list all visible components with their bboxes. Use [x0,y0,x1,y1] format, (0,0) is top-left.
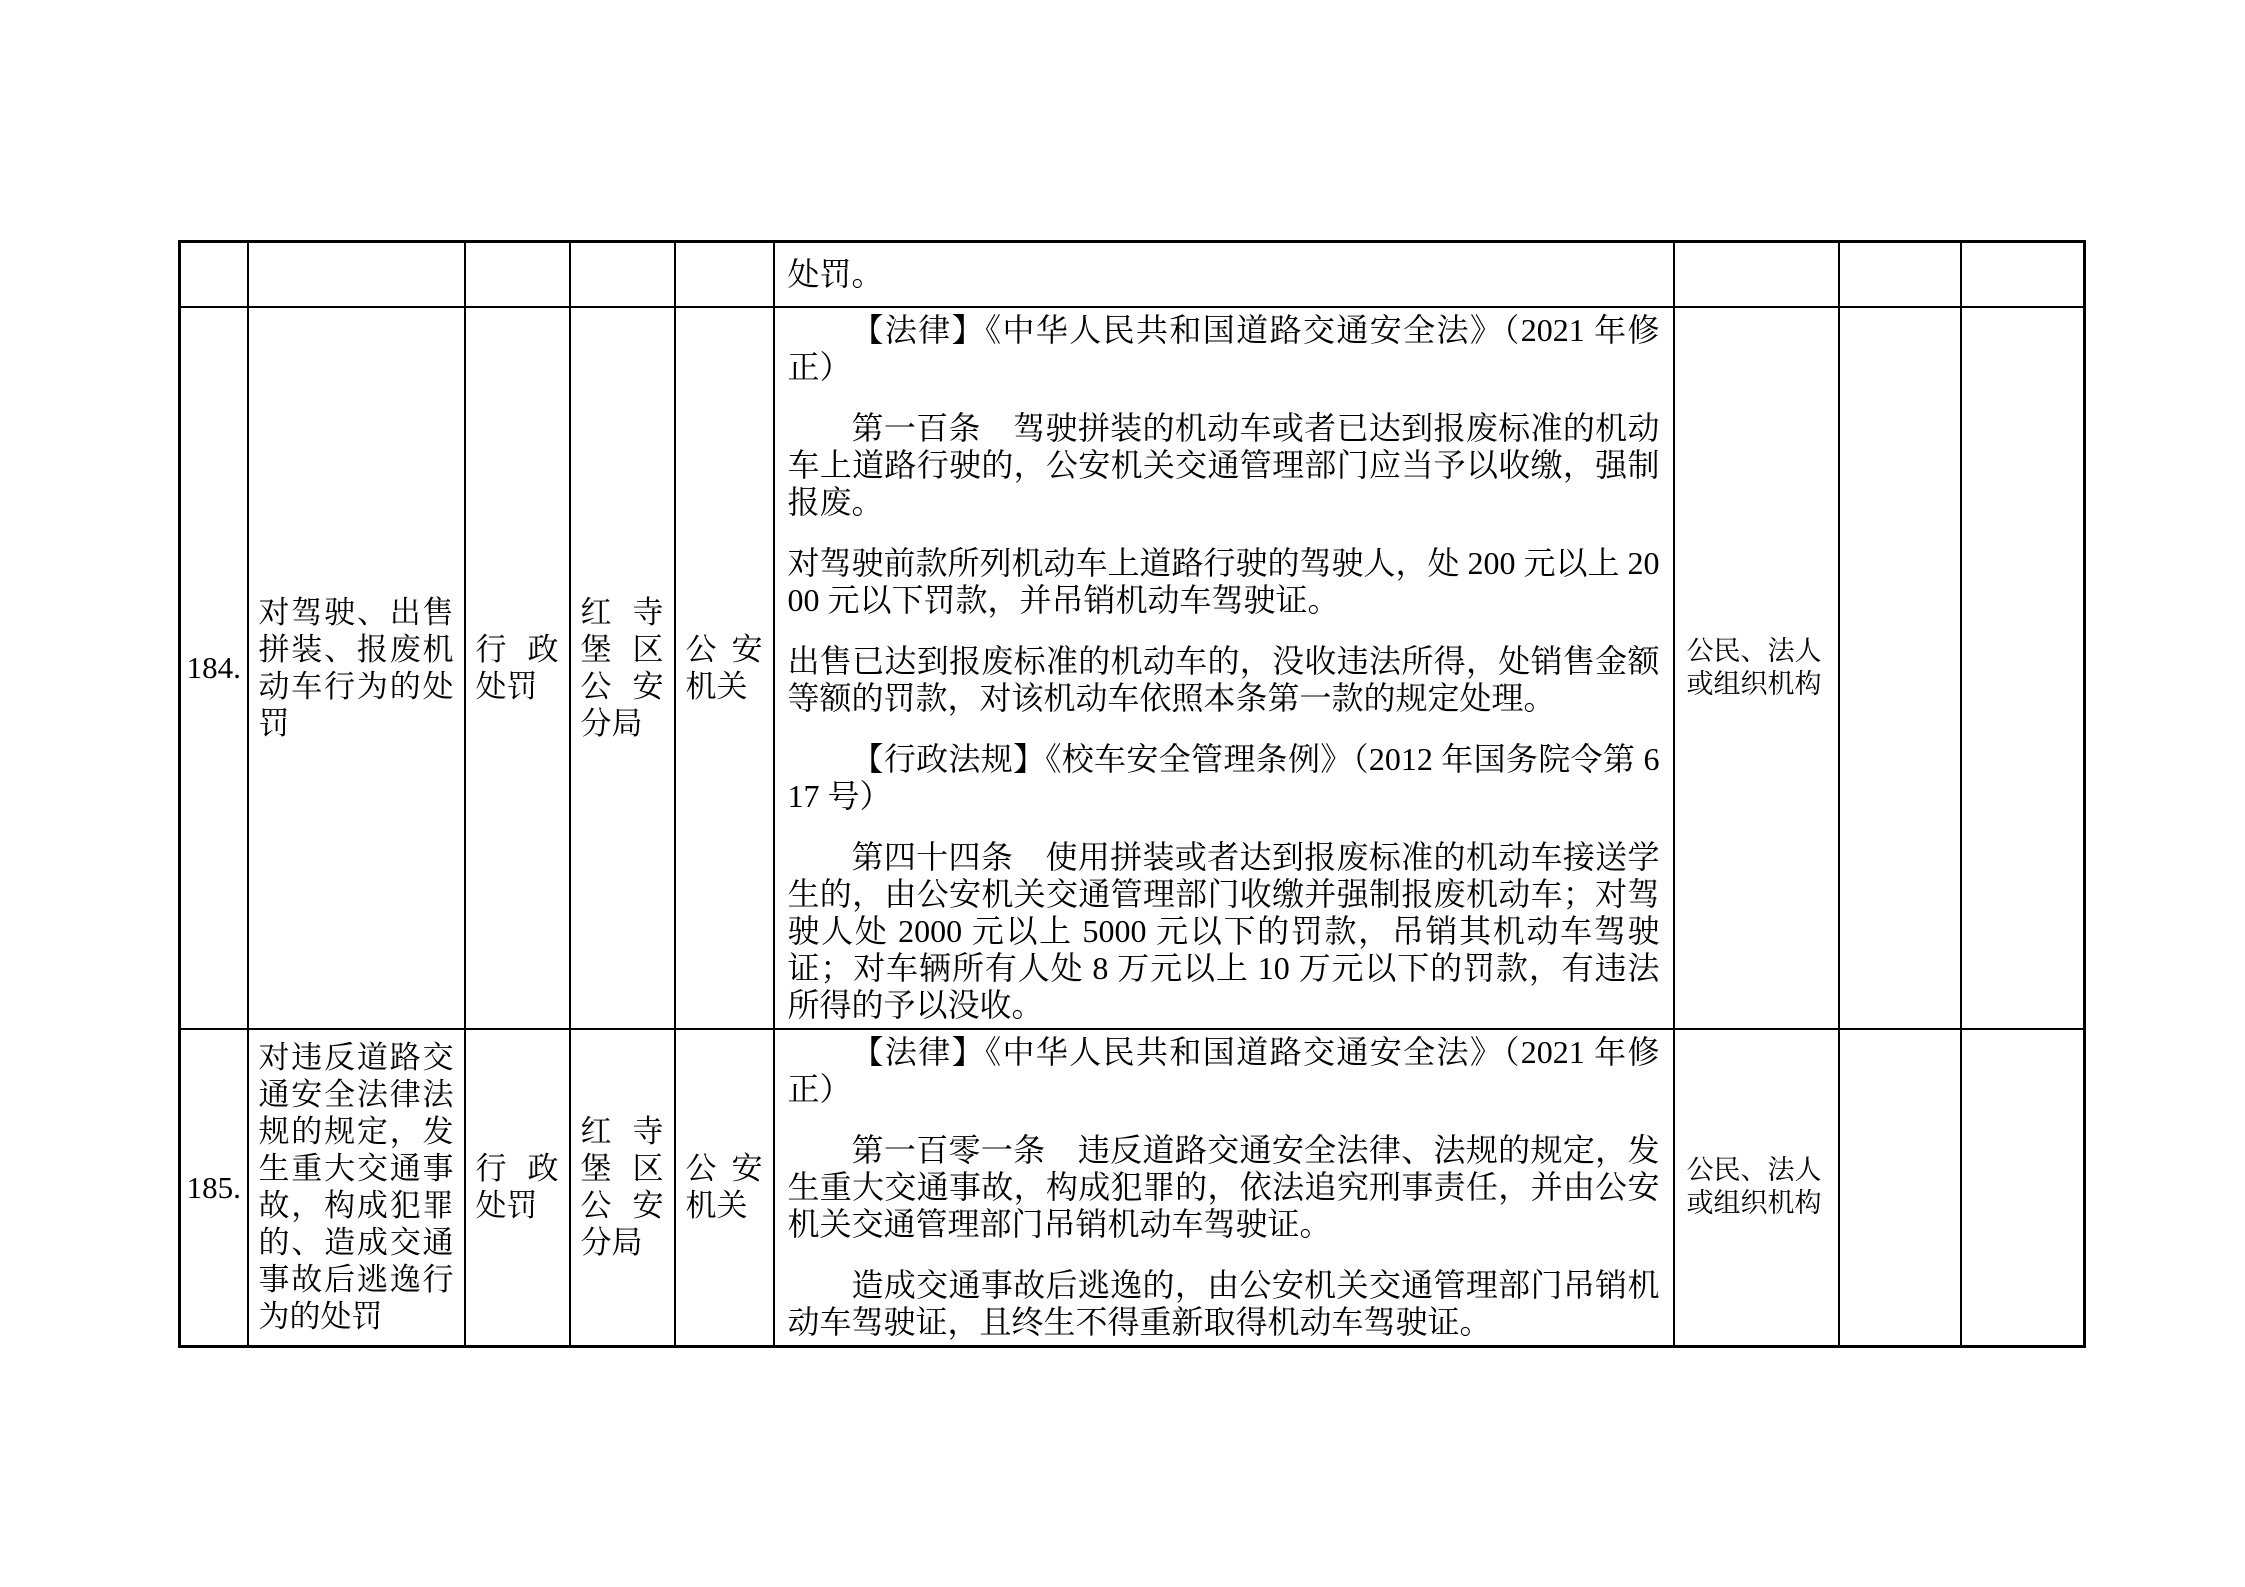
cell-implementing-agency: 红寺堡区公安分局 [570,307,675,1029]
legal-paragraph: 第四十四条 使用拼装或者达到报废标准的机动车接送学生的，由公安机关交通管理部门收… [788,839,1660,1024]
cell-agency-type: 公安机关 [675,307,774,1029]
document-page: 处罚。 184. 对驾驶、出售拼装、报废机动车行为的处罚 行政处罚 红寺堡区公安… [0,0,2245,1587]
table-row-185: 185. 对违反道路交通安全法律法规的规定，发生重大交通事故，构成犯罪的、造成交… [180,1029,2085,1347]
legal-paragraph: 第一百条 驾驶拼装的机动车或者已达到报废标准的机动车上道路行驶的，公安机关交通管… [788,410,1660,521]
cell-number: 185. [180,1029,248,1347]
cell-implementing-agency: 红寺堡区公安分局 [570,1029,675,1347]
cell-legal-basis: 【法律】《中华人民共和国道路交通安全法》（2021 年修正） 第一百零一条 违反… [774,1029,1674,1347]
cell-penalty-type: 行政处罚 [465,1029,570,1347]
legal-paragraph: 对驾驶前款所列机动车上道路行驶的驾驶人，处 200 元以上 2000 元以下罚款… [788,545,1660,619]
cell-number: 184. [180,307,248,1029]
cell-penalty-type [465,242,570,307]
cell-penalty-target [1674,242,1839,307]
cell-agency-type [675,242,774,307]
legal-paragraph: 处罚。 [788,256,1660,293]
cell-empty [1961,307,2085,1029]
cell-penalty-target: 公民、法人或组织机构 [1674,307,1839,1029]
cell-item-name: 对违反道路交通安全法律法规的规定，发生重大交通事故，构成犯罪的、造成交通事故后逃… [248,1029,465,1347]
legal-paragraph: 【行政法规】《校车安全管理条例》（2012 年国务院令第 617 号） [788,741,1660,815]
legal-paragraph: 造成交通事故后逃逸的，由公安机关交通管理部门吊销机动车驾驶证，且终生不得重新取得… [788,1267,1660,1341]
cell-number [180,242,248,307]
cell-legal-basis: 【法律】《中华人民共和国道路交通安全法》（2021 年修正） 第一百条 驾驶拼装… [774,307,1674,1029]
cell-agency-type: 公安机关 [675,1029,774,1347]
cell-empty [1961,242,2085,307]
table-row-continuation: 处罚。 [180,242,2085,307]
cell-penalty-type: 行政处罚 [465,307,570,1029]
cell-empty [1839,1029,1961,1347]
cell-implementing-agency [570,242,675,307]
cell-legal-basis: 处罚。 [774,242,1674,307]
cell-item-name [248,242,465,307]
legal-paragraph: 第一百零一条 违反道路交通安全法律、法规的规定，发生重大交通事故，构成犯罪的，依… [788,1132,1660,1243]
penalty-list-table: 处罚。 184. 对驾驶、出售拼装、报废机动车行为的处罚 行政处罚 红寺堡区公安… [178,240,2086,1348]
legal-paragraph: 出售已达到报废标准的机动车的，没收违法所得，处销售金额等额的罚款，对该机动车依照… [788,643,1660,717]
table-row-184: 184. 对驾驶、出售拼装、报废机动车行为的处罚 行政处罚 红寺堡区公安分局 公… [180,307,2085,1029]
legal-paragraph: 【法律】《中华人民共和国道路交通安全法》（2021 年修正） [788,312,1660,386]
legal-paragraph: 【法律】《中华人民共和国道路交通安全法》（2021 年修正） [788,1034,1660,1108]
cell-penalty-target: 公民、法人或组织机构 [1674,1029,1839,1347]
cell-empty [1839,307,1961,1029]
cell-empty [1961,1029,2085,1347]
cell-item-name: 对驾驶、出售拼装、报废机动车行为的处罚 [248,307,465,1029]
cell-empty [1839,242,1961,307]
